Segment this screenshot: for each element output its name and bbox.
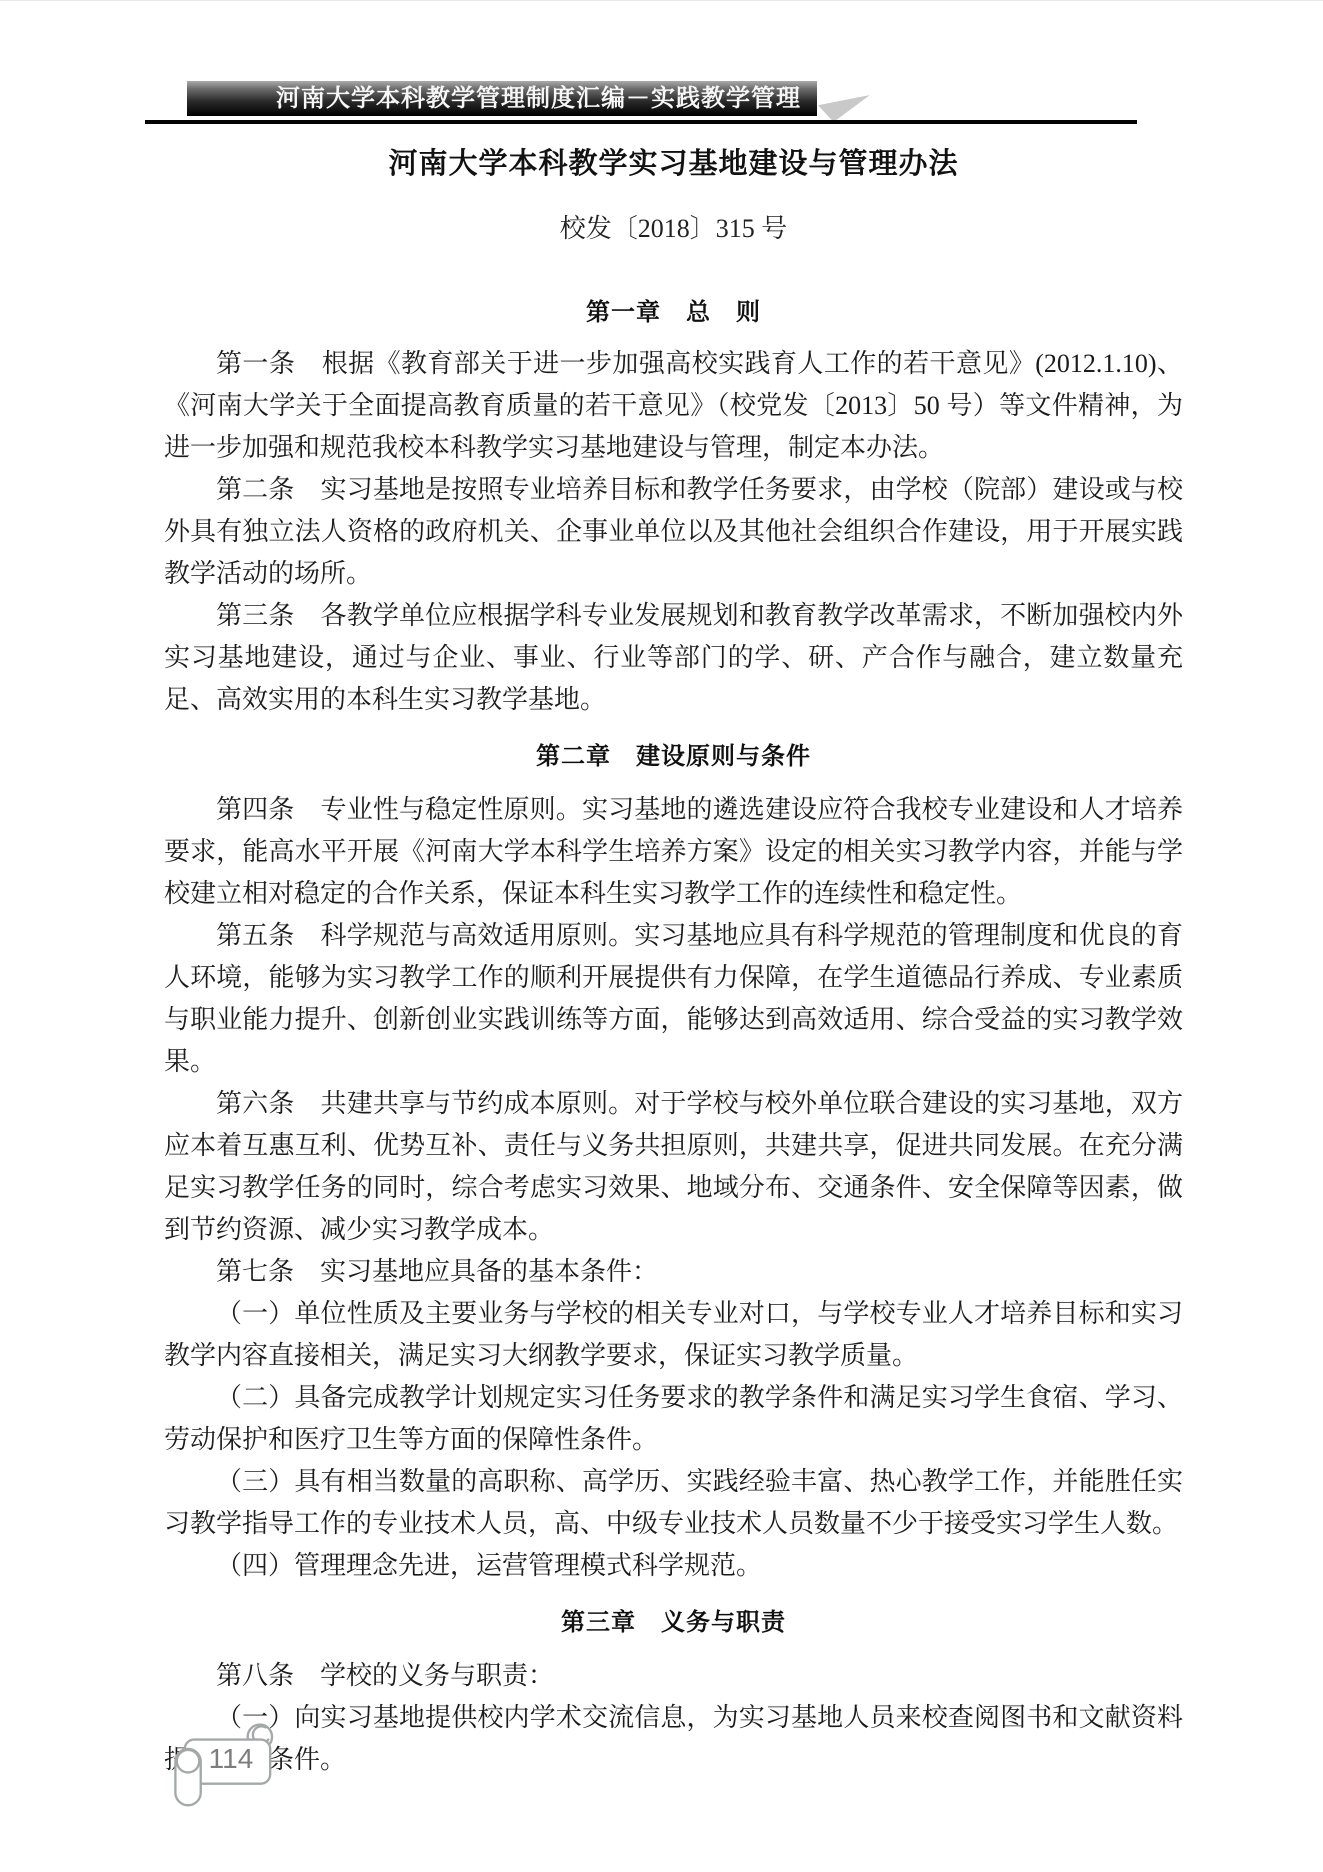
header-rule <box>145 120 1137 124</box>
body-paragraph: （二）具备完成教学计划规定实习任务要求的教学条件和满足实习学生食宿、学习、劳动保… <box>164 1377 1183 1461</box>
header-banner: 河南大学本科教学管理制度汇编－实践教学管理 <box>187 81 817 116</box>
document-number: 校发〔2018〕315 号 <box>164 209 1183 249</box>
body-paragraph: 第一条 根据《教育部关于进一步加强高校实践育人工作的若干意见》(2012.1.1… <box>164 343 1183 469</box>
document-content: 河南大学本科教学实习基地建设与管理办法 校发〔2018〕315 号 第一章 总 … <box>164 143 1183 1781</box>
body-paragraph: （一）向实习基地提供校内学术交流信息，为实习基地人员来校查阅图书和文献资料提供便… <box>164 1697 1183 1781</box>
body-paragraph: （四）管理理念先进，运营管理模式科学规范。 <box>164 1545 1183 1587</box>
banner-arrow-icon <box>818 95 870 122</box>
document-page: 河南大学本科教学管理制度汇编－实践教学管理 河南大学本科教学实习基地建设与管理办… <box>0 0 1323 1872</box>
body-paragraph: 第四条 专业性与稳定性原则。实习基地的遴选建设应符合我校专业建设和人才培养要求，… <box>164 789 1183 915</box>
document-title: 河南大学本科教学实习基地建设与管理办法 <box>164 143 1183 185</box>
section-heading-1: 第一章 总 则 <box>164 293 1183 333</box>
body-paragraph: 第三条 各教学单位应根据学科专业发展规划和教育教学改革需求，不断加强校内外实习基… <box>164 595 1183 721</box>
body-paragraph: 第七条 实习基地应具备的基本条件： <box>164 1251 1183 1293</box>
page-number-scroll: 114 <box>166 1717 288 1811</box>
body-paragraph: 第二条 实习基地是按照专业培养目标和教学任务要求，由学校（院部）建设或与校外具有… <box>164 469 1183 595</box>
body-paragraph: （一）单位性质及主要业务与学校的相关专业对口，与学校专业人才培养目标和实习教学内… <box>164 1293 1183 1377</box>
section-heading-3: 第三章 义务与职责 <box>164 1603 1183 1643</box>
body-paragraph: 第八条 学校的义务与职责： <box>164 1655 1183 1697</box>
body-paragraph: 第六条 共建共享与节约成本原则。对于学校与校外单位联合建设的实习基地，双方应本着… <box>164 1083 1183 1251</box>
section-heading-2: 第二章 建设原则与条件 <box>164 737 1183 777</box>
page-number: 114 <box>188 1743 274 1775</box>
body-paragraph: 第五条 科学规范与高效适用原则。实习基地应具有科学规范的管理制度和优良的育人环境… <box>164 915 1183 1083</box>
body-paragraph: （三）具有相当数量的高职称、高学历、实践经验丰富、热心教学工作，并能胜任实习教学… <box>164 1461 1183 1545</box>
